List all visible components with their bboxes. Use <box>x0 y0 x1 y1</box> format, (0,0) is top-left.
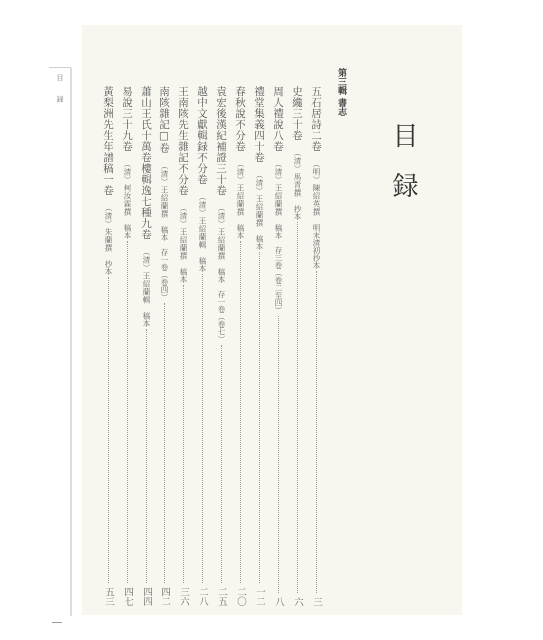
entry-edition: 明末清初抄本 <box>309 224 323 269</box>
entry-edition: 抄本 <box>290 205 304 220</box>
toc-entry[interactable]: 易說三十九卷（清）柯汝霖撰稿本四七 <box>120 86 134 606</box>
entry-author: （清）柯汝霖撰 <box>120 160 134 216</box>
left-page-margin: 目 録 <box>0 0 72 640</box>
entry-page-number: 四七 <box>120 587 134 606</box>
entry-title: 越中文獻輯録不分卷 <box>195 86 209 185</box>
toc-entry[interactable]: 黃梨洲先生年譜稿一卷（清）朱蘭撰抄本五三 <box>101 86 115 606</box>
entry-title: 黃梨洲先生年譜稿一卷 <box>101 86 115 196</box>
entry-author: （清）王紹蘭撰 <box>252 171 266 227</box>
entry-title: 袁宏後漢紀補證三十卷 <box>214 86 228 196</box>
entry-page-number: 二八 <box>195 587 209 606</box>
entry-edition: 稿本 <box>233 224 247 239</box>
toc-entry[interactable]: 越中文獻輯録不分卷（清）王紹蘭輯稿本二八 <box>195 86 209 606</box>
toc-entry[interactable]: 袁宏後漢紀補證三十卷（清）王紹蘭撰稿本 存一卷（卷七）二五 <box>214 86 228 606</box>
entry-page-number: 五三 <box>101 587 115 606</box>
entry-title: 春秋說不分卷 <box>233 86 247 152</box>
dot-leader <box>146 329 147 583</box>
toc-entry[interactable]: 春秋說不分卷（清）王紹蘭撰稿本二〇 <box>233 86 247 606</box>
entry-author: （清）王紹蘭撰 <box>214 204 228 260</box>
entry-page-number: 四四 <box>139 587 153 606</box>
running-head: 目 録 <box>54 74 66 108</box>
dot-leader <box>183 285 184 583</box>
entry-edition: 稿本 <box>252 235 266 250</box>
entry-page-number: 二〇 <box>233 587 247 606</box>
toc-entry[interactable]: 南陔雜記□卷（清）王紹蘭撰稿本 存一卷（卷四）四二 <box>157 86 171 606</box>
page-title: 目録 <box>388 122 418 222</box>
entry-page-number: 八 <box>271 597 285 607</box>
dot-leader <box>221 345 222 583</box>
entry-edition: 稿本 <box>139 312 153 327</box>
entry-author: （清）王紹蘭撰 <box>176 204 190 260</box>
entry-edition: 稿本 存一卷（卷四） <box>157 226 171 301</box>
dot-leader <box>316 271 317 593</box>
dot-leader <box>240 241 241 583</box>
toc-entry[interactable]: 蕭山王氏十萬卷樓輯逸七種九卷（清）王紹蘭輯稿本四四 <box>139 86 153 606</box>
entry-page-number: 三六 <box>176 587 190 606</box>
toc-entry[interactable]: 史纔三十卷（清）馬青撰抄本六 <box>290 86 304 606</box>
entry-author: （清）王紹蘭輯 <box>139 248 153 304</box>
entry-page-number: 三 <box>309 597 323 607</box>
dot-leader <box>127 241 128 583</box>
entry-title: 周人禮說八卷 <box>271 86 285 152</box>
entry-title: 五石居詩二卷 <box>309 86 323 152</box>
entry-edition: 抄本 <box>101 260 115 275</box>
dot-leader <box>297 222 298 593</box>
entry-edition: 稿本 <box>176 268 190 283</box>
section-heading: 第三輯 書志 <box>334 68 348 116</box>
entry-author: （明）陳紹英撰 <box>309 160 323 216</box>
entry-page-number: 六 <box>290 597 304 607</box>
toc-entry[interactable]: 禮堂集義四十卷（清）王紹蘭撰稿本一二 <box>252 86 266 606</box>
entry-author: （清）朱蘭撰 <box>101 204 115 252</box>
entry-edition: 稿本 <box>120 224 134 239</box>
left-page-gutter-rule <box>70 68 72 616</box>
dot-leader <box>108 277 109 583</box>
entry-author: （清）王紹蘭輯 <box>195 193 209 249</box>
entry-author: （清）王紹蘭撰 <box>157 162 171 218</box>
dot-leader <box>164 303 165 584</box>
entry-author: （清）王紹蘭撰 <box>233 160 247 216</box>
entry-page-number: 一二 <box>252 587 266 606</box>
entry-edition: 稿本 存三卷（卷二至四） <box>271 224 285 314</box>
entry-edition: 稿本 存一卷（卷七） <box>214 268 228 343</box>
entry-title: 蕭山王氏十萬卷樓輯逸七種九卷 <box>139 86 153 240</box>
entry-title: 禮堂集義四十卷 <box>252 86 266 163</box>
entry-title: 易說三十九卷 <box>120 86 134 152</box>
dot-leader <box>278 316 279 593</box>
entry-author: （清）馬青撰 <box>290 149 304 197</box>
entry-page-number: 二五 <box>214 587 228 606</box>
toc-entry[interactable]: 周人禮說八卷（清）王紹蘭撰稿本 存三卷（卷二至四）八 <box>271 86 285 606</box>
entry-edition: 稿本 <box>195 257 209 272</box>
toc-entry[interactable]: 五石居詩二卷（明）陳紹英撰明末清初抄本三 <box>309 86 323 606</box>
entry-title: 王南陔先生雜記不分卷 <box>176 86 190 196</box>
toc-entry[interactable]: 王南陔先生雜記不分卷（清）王紹蘭撰稿本三六 <box>176 86 190 606</box>
entry-title: 南陔雜記□卷 <box>157 86 171 154</box>
entry-page-number: 四二 <box>157 587 171 606</box>
dot-leader <box>202 274 203 583</box>
folio-mark <box>52 622 62 623</box>
entry-title: 史纔三十卷 <box>290 86 304 141</box>
entry-author: （清）王紹蘭撰 <box>271 160 285 216</box>
left-page-top-rule <box>49 67 71 68</box>
dot-leader <box>259 252 260 583</box>
